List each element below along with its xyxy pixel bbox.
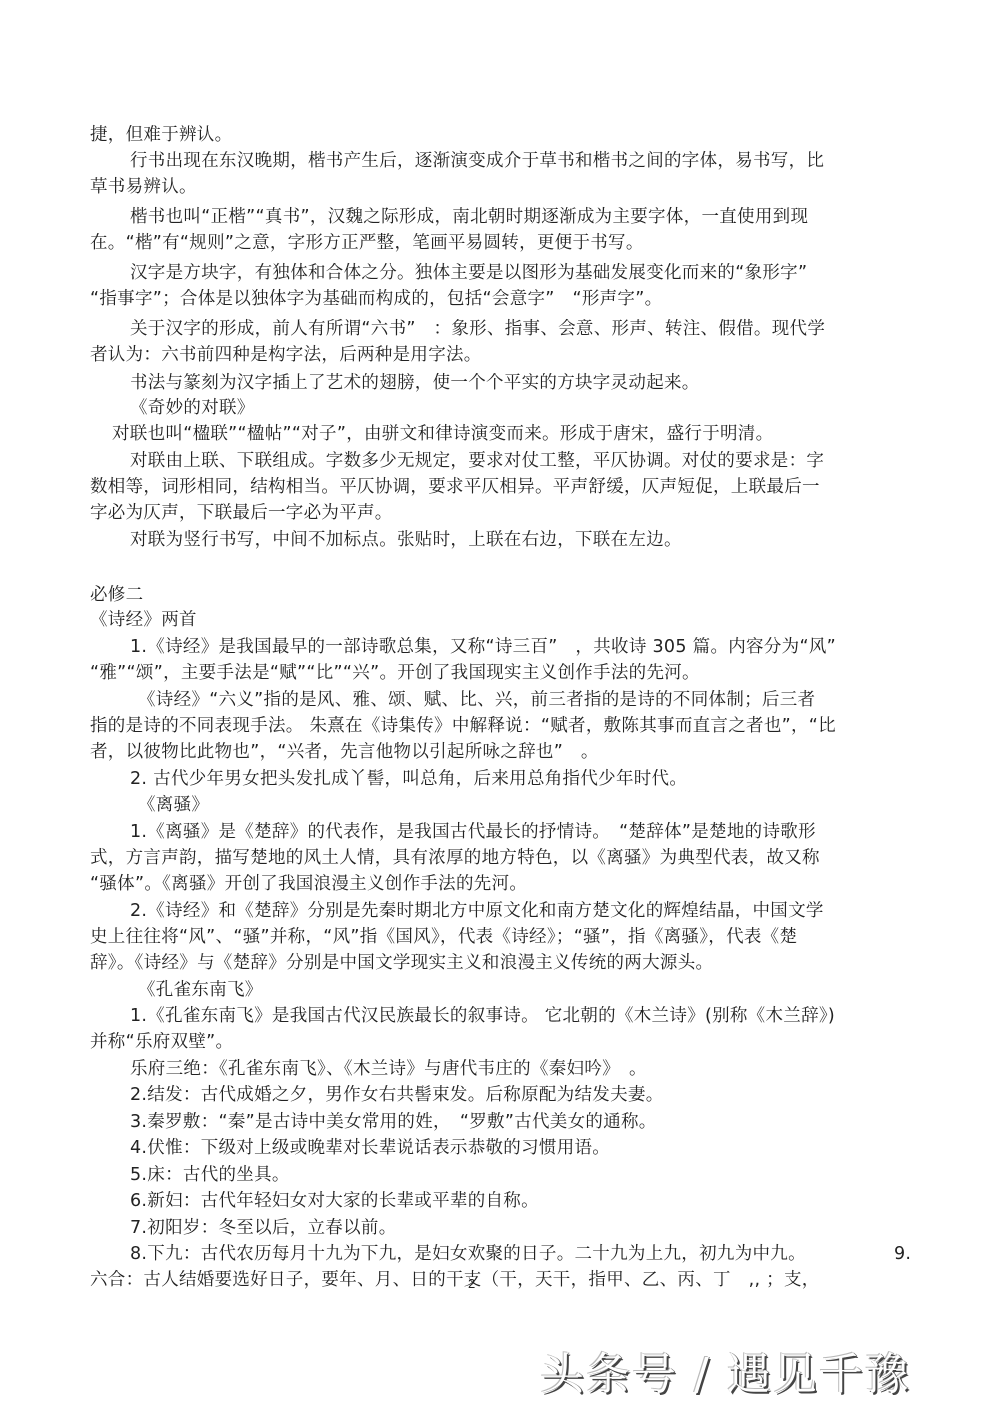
text-line: 对联由上联、下联组成。字数多少无规定，要求对仗工整，平仄协调。对仗的要求是：字 (130, 449, 824, 473)
text-line: 数相等，词形相同，结构相当。平仄协调，要求平仄相异。平声舒缓，仄声短促，上联最后… (90, 475, 820, 499)
text-line: 书法与篆刻为汉字插上了艺术的翅膀，使一个个平实的方块字灵动起来。 (130, 371, 700, 395)
text-line: “指事字”；合体是以独体字为基础而构成的，包括“会意字” “形声字”。 (90, 287, 662, 311)
text-line: 行书出现在东汉晚期，楷书产生后，逐渐演变成介于草书和楷书之间的字体，易书写，比 (130, 149, 824, 173)
text-line: 史上往往将“风”、“骚”并称，“风”指《国风》，代表《诗经》；“骚”，指《离骚》… (90, 925, 797, 949)
chapter-heading: 必修二 (90, 583, 143, 607)
text-line: 式，方言声韵，描写楚地的风土人情，具有浓厚的地方特色，以《离骚》为典型代表，故又… (90, 846, 820, 870)
text-line: 4.伏惟：下级对上级或晚辈对长辈说话表示恭敬的习惯用语。 (130, 1136, 610, 1160)
text-line: 1.《离骚》是《楚辞》的代表作，是我国古代最长的抒情诗。 “楚辞体”是楚地的诗歌… (130, 820, 816, 844)
text-line: 关于汉字的形成，前人有所谓“六书” ：象形、指事、会意、形声、转注、假借。现代学 (130, 317, 825, 341)
text-line: 草书易辨认。 (90, 175, 197, 199)
text-line: 乐府三绝：《孔雀东南飞》、《木兰诗》与唐代韦庄的《秦妇吟》 。 (130, 1057, 647, 1081)
text-line: 字必为仄声，下联最后一字必为平声。 (90, 501, 393, 525)
text-line: 5.床：古代的坐具。 (130, 1163, 290, 1187)
text-line: 汉字是方块字，有独体和合体之分。独体主要是以图形为基础发展变化而来的“象形字” (130, 261, 807, 285)
text-line: 8.下九：古代农历每月十九为下九，是妇女欢聚的日子。二十九为上九，初九为中九。 (130, 1242, 806, 1266)
text-line: 对联也叫“楹联”“楹帖”“对子”，由骈文和律诗演变而来。形成于唐宋，盛行于明清。 (112, 422, 773, 446)
text-line: 楷书也叫“正楷”“真书”，汉魏之际形成，南北朝时期逐渐成为主要字体，一直使用到现 (130, 205, 808, 229)
section-heading: 《诗经》两首 (90, 608, 197, 632)
text-line: 并称“乐府双壁”。 (90, 1030, 233, 1054)
section-heading: 《奇妙的对联》 (130, 396, 255, 420)
text-line: 者，以彼物比此物也”，“兴者，先言他物以引起所咏之辞也” 。 (90, 740, 599, 764)
section-heading: 《离骚》 (138, 793, 209, 817)
text-line: 9. (894, 1242, 911, 1266)
text-line: 辞》。《诗经》与《楚辞》分别是中国文学现实主义和浪漫主义传统的两大源头。 (90, 951, 713, 975)
text-line: 2.《诗经》和《楚辞》分别是先秦时期北方中原文化和南方楚文化的辉煌结晶，中国文学 (130, 899, 824, 923)
text-line: 在。“楷”有“规则”之意，字形方正严整，笔画平易圆转，更便于书写。 (90, 231, 644, 255)
text-line: 对联为竖行书写，中间不加标点。张贴时，上联在右边，下联在左边。 (130, 528, 682, 552)
text-line: 2. 古代少年男女把头发扎成丫髻，叫总角，后来用总角指代少年时代。 (130, 767, 687, 791)
text-line: “雅”“颂”，主要手法是“赋”“比”“兴”。开创了我国现实主义创作手法的先河。 (90, 661, 700, 685)
page-number: 2 (468, 1276, 475, 1291)
watermark: 头条号 / 遇见千豫 (540, 1338, 911, 1402)
text-line: 6.新妇：古代年轻妇女对大家的长辈或平辈的自称。 (130, 1189, 539, 1213)
text-line: 《诗经》“六义”指的是风、雅、颂、赋、比、兴，前三者指的是诗的不同体制；后三者 (138, 688, 815, 712)
section-heading: 《孔雀东南飞》 (138, 978, 263, 1002)
text-line: “骚体”。《离骚》开创了我国浪漫主义创作手法的先河。 (90, 872, 527, 896)
text-line: 捷，但难于辨认。 (90, 123, 232, 147)
text-line: 者认为：六书前四种是构字法，后两种是用字法。 (90, 343, 482, 367)
text-line: 7.初阳岁：冬至以后，立春以前。 (130, 1216, 397, 1240)
text-line: 六合：古人结婚要选好日子，要年、月、日的干支（干，天干，指甲、乙、丙、丁 ,, … (90, 1268, 820, 1292)
text-line: 3.秦罗敷：“秦”是古诗中美女常用的姓， “罗敷”古代美女的通称。 (130, 1110, 657, 1134)
text-line: 2.结发：古代成婚之夕，男作女右共髻束发。后称原配为结发夫妻。 (130, 1083, 664, 1107)
text-line: 指的是诗的不同表现手法。 朱熹在《诗集传》中解释说：“赋者，敷陈其事而直言之者也… (90, 714, 836, 738)
text-line: 1.《诗经》是我国最早的一部诗歌总集，又称“诗三百” ，共收诗 305 篇。内容… (130, 635, 836, 659)
text-line: 1.《孔雀东南飞》是我国古代汉民族最长的叙事诗。 它北朝的《木兰诗》(别称《木兰… (130, 1004, 835, 1028)
